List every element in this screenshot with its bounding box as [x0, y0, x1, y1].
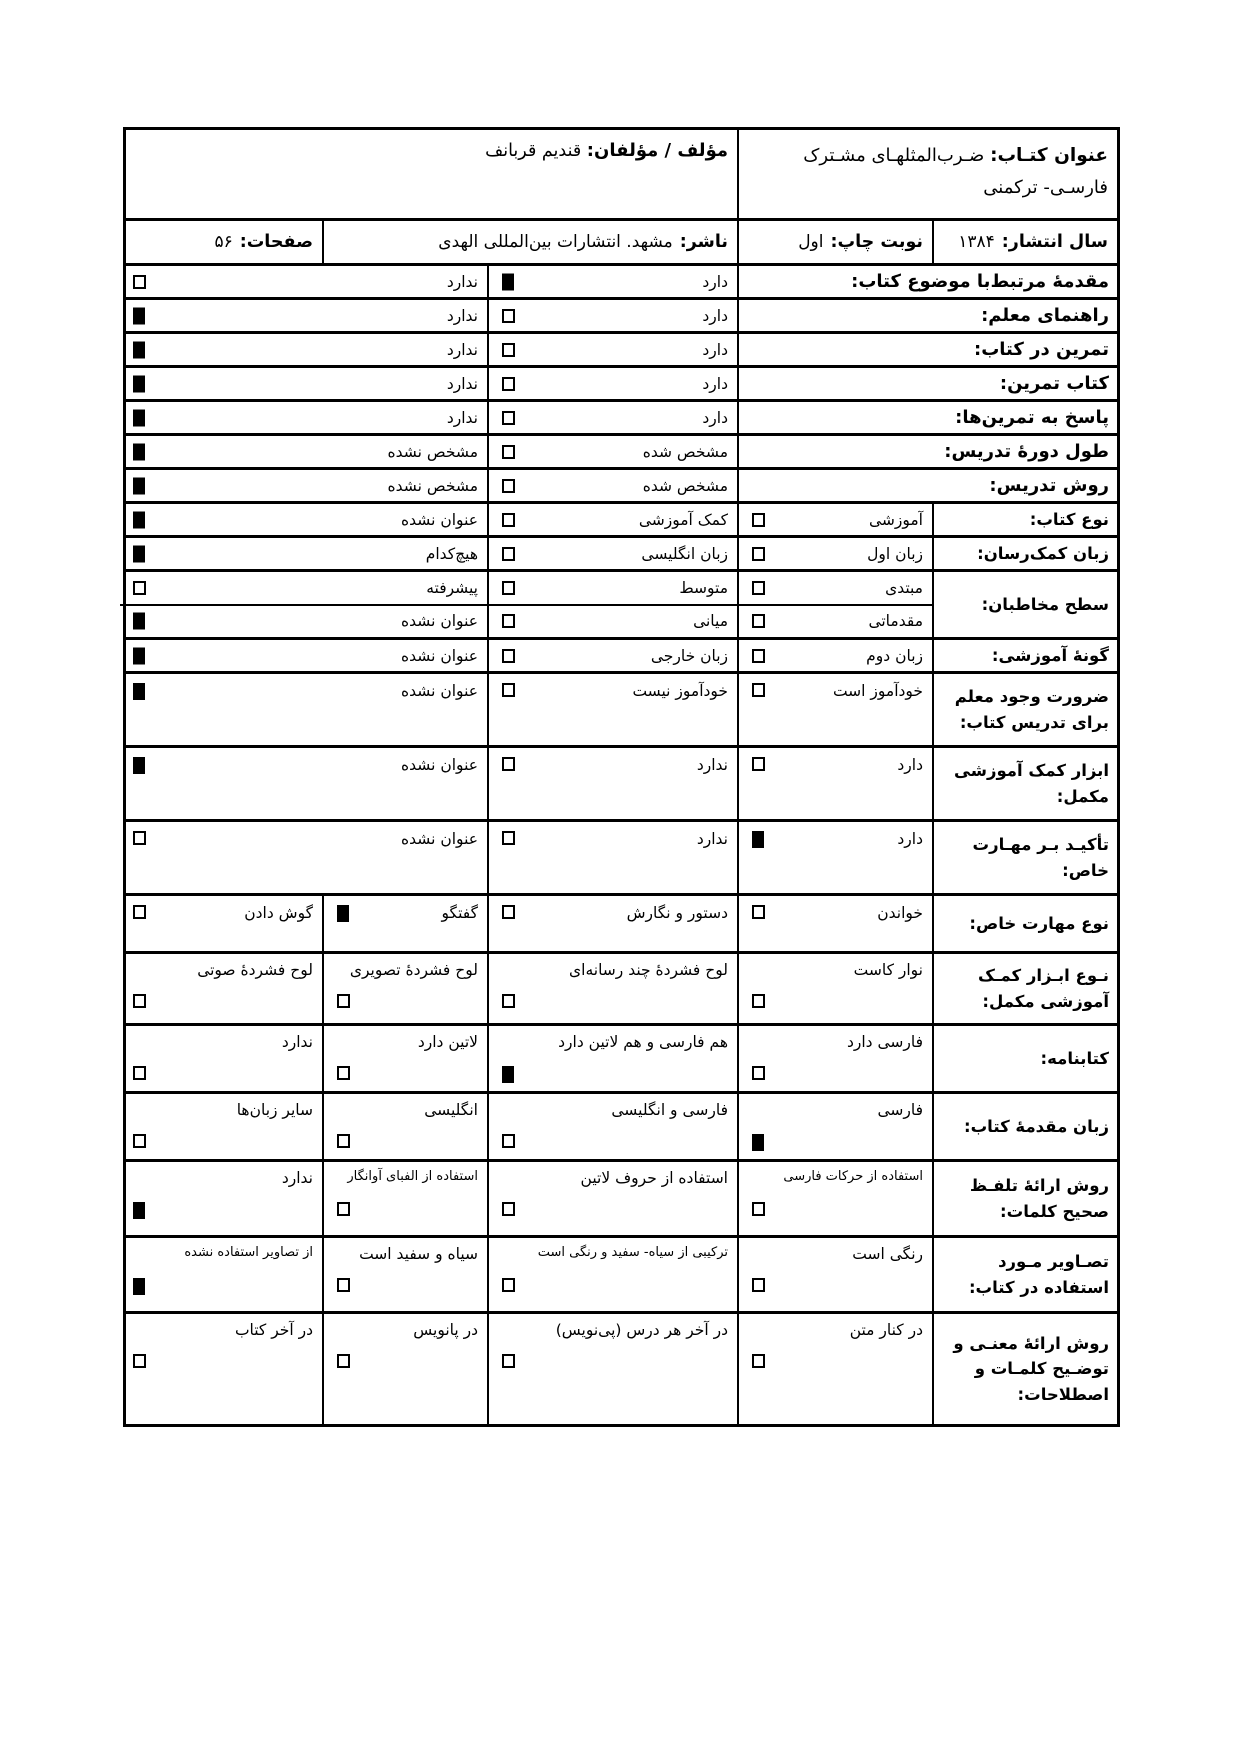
option-cell: گوش دادن	[120, 896, 322, 951]
row-label: نوع مهارت خاص:	[932, 896, 1117, 951]
option-cell: لوح فشردۀ تصویری	[322, 954, 487, 1023]
row-label-text: روش تدریس:	[989, 472, 1109, 500]
option-cell: از تصاویر استفاده نشده	[120, 1238, 322, 1311]
option-cell: انگلیسی	[322, 1094, 487, 1159]
option-cell: ترکیبی از سیاه- سفید و رنگی است	[487, 1238, 737, 1311]
form-row: نـوع ابـزار کمـک آموزشی مکمل:نوار کاستلو…	[126, 954, 1117, 1026]
checkbox-unchecked[interactable]	[502, 581, 515, 595]
checkbox-unchecked[interactable]	[752, 757, 765, 771]
publisher-cell: ناشر: مشهد. انتشارات بین‌المللی الهدی	[322, 221, 737, 263]
option-label: خواندن	[877, 904, 923, 922]
checkbox-unchecked[interactable]	[133, 831, 146, 845]
checkbox-unchecked[interactable]	[752, 994, 765, 1008]
checkbox-unchecked[interactable]	[502, 994, 515, 1008]
checkbox-unchecked[interactable]	[752, 905, 765, 919]
checkbox-checked[interactable]	[133, 757, 145, 774]
option-cell: عنوان نشده	[120, 640, 487, 671]
checkbox-checked[interactable]	[502, 273, 514, 290]
book-title-label: عنوان کتـاب:	[990, 145, 1108, 166]
option-label: ندارد	[447, 341, 478, 359]
header-row-title: عنوان کتـاب: ضـرب‌المثلهـای مشـترک فارسـ…	[126, 130, 1117, 221]
option-label: مشخص شده	[643, 443, 728, 461]
row-label: روش ارائۀ معنـی و توضـیح کلمـات و اصطلاح…	[932, 1314, 1117, 1424]
checkbox-unchecked[interactable]	[337, 994, 350, 1008]
option-label: پیشرفته	[426, 579, 478, 597]
checkbox-unchecked[interactable]	[133, 1134, 146, 1148]
checkbox-unchecked[interactable]	[133, 994, 146, 1008]
option-cell: خودآموز نیست	[487, 674, 737, 745]
checkbox-checked[interactable]	[502, 1066, 514, 1083]
option-label: ندارد	[697, 830, 728, 848]
form-row: روش تدریس:مشخص شدهمشخص نشده	[126, 470, 1117, 504]
option-label: زبان اول	[867, 545, 923, 563]
option-label: استفاده از حرکات فارسی	[783, 1169, 923, 1184]
option-cell: فارسی دارد	[737, 1026, 932, 1091]
checkbox-unchecked[interactable]	[502, 831, 515, 845]
form-row: زبان کمک‌رسان:زبان اولزبان انگلیسیهیچ‌کد…	[126, 538, 1117, 572]
option-label: کمک آموزشی	[639, 511, 728, 529]
checkbox-checked[interactable]	[133, 1202, 145, 1219]
form-row: تصـاویر مـورد استفاده در کتاب:رنگی استتر…	[126, 1238, 1117, 1314]
row-label: زبان مقدمۀ کتاب:	[932, 1094, 1117, 1159]
option-label: زبان انگلیسی	[641, 545, 728, 563]
option-cell: زبان اول	[737, 538, 932, 569]
option-cell: دارد	[487, 300, 737, 331]
option-cell: ندارد	[120, 300, 487, 331]
pages-value: ۵۶	[214, 232, 232, 252]
checkbox-unchecked[interactable]	[502, 343, 515, 357]
option-label: لوح فشردۀ صوتی	[197, 961, 313, 979]
row-label: سطح مخاطبان:	[932, 572, 1117, 637]
option-cell: استفاده از حرکات فارسی	[737, 1162, 932, 1235]
author-label: مؤلف / مؤلفان:	[587, 140, 728, 161]
option-label: دارد	[702, 341, 728, 359]
option-cell: ندارد	[487, 822, 737, 893]
option-label: مبتدی	[885, 579, 923, 597]
option-cell: مشخص شده	[487, 436, 737, 467]
checkbox-checked[interactable]	[133, 647, 145, 664]
row-label: ابزار کمک آموزشی مکمل:	[932, 748, 1117, 819]
checkbox-unchecked[interactable]	[752, 513, 765, 527]
form-row: کتابنامه:فارسی داردهم فارسی و هم لاتین د…	[126, 1026, 1117, 1094]
option-label: ندارد	[447, 375, 478, 393]
checkbox-checked[interactable]	[337, 905, 349, 922]
form-row: کتاب تمرین:داردندارد	[126, 368, 1117, 402]
option-label: ندارد	[447, 273, 478, 291]
option-label: سایر زبان‌ها	[237, 1101, 313, 1119]
row-label: پاسخ به تمرین‌ها:	[737, 402, 1117, 433]
option-label: مقدماتی	[868, 612, 923, 630]
row-label: تصـاویر مـورد استفاده در کتاب:	[932, 1238, 1117, 1311]
checkbox-unchecked[interactable]	[752, 1066, 765, 1080]
option-cell: مقدماتی	[737, 606, 932, 638]
checkbox-checked[interactable]	[133, 341, 145, 358]
option-label: هم فارسی و هم لاتین دارد	[558, 1033, 728, 1051]
form-row: پاسخ به تمرین‌ها:داردندارد	[126, 402, 1117, 436]
option-label: گفتگو	[442, 904, 478, 922]
option-cell: لوح فشردۀ صوتی	[120, 954, 322, 1023]
option-cell: لوح فشردۀ چند رسانه‌ای	[487, 954, 737, 1023]
checkbox-unchecked[interactable]	[502, 411, 515, 425]
option-cell: پیشرفته	[120, 572, 487, 604]
option-cell: زبان دوم	[737, 640, 932, 671]
row-label-text: کتاب تمرین:	[1000, 370, 1109, 398]
edition-label: نوبت چاپ:	[831, 232, 924, 252]
sub-row: مبتدیمتوسطپیشرفته	[120, 572, 932, 606]
option-cell: عنوان نشده	[120, 748, 487, 819]
option-label: در آخر کتاب	[235, 1321, 313, 1339]
checkbox-unchecked[interactable]	[133, 905, 146, 919]
option-cell: نوار کاست	[737, 954, 932, 1023]
option-cell: کمک آموزشی	[487, 504, 737, 535]
option-label: انگلیسی	[424, 1101, 478, 1119]
checkbox-unchecked[interactable]	[752, 1202, 765, 1216]
option-cell: در پانویس	[322, 1314, 487, 1424]
option-label: عنوان نشده	[401, 830, 478, 848]
row-label-text: نوع کتاب:	[1030, 507, 1109, 533]
pages-label: صفحات:	[240, 232, 313, 252]
option-label: عنوان نشده	[401, 647, 478, 665]
row-label: زبان کمک‌رسان:	[932, 538, 1117, 569]
book-catalog-table: عنوان کتـاب: ضـرب‌المثلهـای مشـترک فارسـ…	[123, 127, 1120, 1427]
checkbox-checked[interactable]	[133, 1278, 145, 1295]
checkbox-unchecked[interactable]	[502, 479, 515, 493]
row-label: طول دورۀ تدریس:	[737, 436, 1117, 467]
option-cell: عنوان نشده	[120, 674, 487, 745]
row-label-text: کتابنامه:	[1041, 1046, 1109, 1072]
row-label: گونۀ آموزشی:	[932, 640, 1117, 671]
form-row: روش ارائۀ تلفـظ صحیح کلمات:استفاده از حر…	[126, 1162, 1117, 1238]
checkbox-unchecked[interactable]	[752, 1278, 765, 1292]
year-value: ۱۳۸۴	[958, 232, 995, 252]
option-cell: فارسی	[737, 1094, 932, 1159]
form-row: نوع مهارت خاص:خواندندستور و نگارشگفتگوگو…	[126, 896, 1117, 954]
author-cell: مؤلف / مؤلفان: قندیم قربانف	[120, 130, 737, 218]
checkbox-unchecked[interactable]	[502, 445, 515, 459]
author-value: قندیم قربانف	[485, 141, 581, 161]
checkbox-unchecked[interactable]	[502, 1354, 515, 1368]
option-label: در کنار متن	[850, 1321, 923, 1339]
form-row: تمرین در کتاب:داردندارد	[126, 334, 1117, 368]
option-cell: خواندن	[737, 896, 932, 951]
option-label: در پانویس	[413, 1321, 478, 1339]
option-cell: سایر زبان‌ها	[120, 1094, 322, 1159]
row-label-text: طول دورۀ تدریس:	[944, 438, 1109, 466]
option-label: فارسی	[877, 1101, 923, 1119]
option-label: ندارد	[447, 307, 478, 325]
option-label: دارد	[702, 307, 728, 325]
option-cell: مشخص نشده	[120, 470, 487, 501]
form-row: نوع کتاب:آموزشیکمک آموزشیعنوان نشده	[126, 504, 1117, 538]
option-label: مشخص نشده	[388, 477, 478, 495]
option-label: عنوان نشده	[401, 511, 478, 529]
option-label: ندارد	[282, 1169, 313, 1187]
checkbox-unchecked[interactable]	[502, 309, 515, 323]
option-cell: رنگی است	[737, 1238, 932, 1311]
checkbox-unchecked[interactable]	[502, 614, 515, 628]
option-label: دارد	[702, 273, 728, 291]
option-label: خودآموز است	[833, 682, 923, 700]
option-cell: آموزشی	[737, 504, 932, 535]
checkbox-checked[interactable]	[133, 477, 145, 494]
row-label-text: ابزار کمک آموزشی مکمل:	[938, 758, 1109, 809]
checkbox-unchecked[interactable]	[502, 905, 515, 919]
option-label: دارد	[897, 756, 923, 774]
option-cell: مشخص نشده	[120, 436, 487, 467]
option-cell: ندارد	[120, 266, 487, 297]
option-cell: دارد	[487, 402, 737, 433]
option-label: ترکیبی از سیاه- سفید و رنگی است	[538, 1245, 728, 1260]
option-cell: گفتگو	[322, 896, 487, 951]
checkbox-unchecked[interactable]	[133, 1066, 146, 1080]
pages-cell: صفحات: ۵۶	[120, 221, 322, 263]
option-label: گوش دادن	[244, 904, 313, 922]
option-cell: هیچ‌کدام	[120, 538, 487, 569]
checkbox-unchecked[interactable]	[337, 1202, 350, 1216]
checkbox-unchecked[interactable]	[502, 547, 515, 561]
year-label: سال انتشار:	[1002, 232, 1108, 252]
row-label: نوع کتاب:	[932, 504, 1117, 535]
option-label: در آخر هر درس (پی‌نویس)	[556, 1321, 728, 1339]
checkbox-unchecked[interactable]	[502, 377, 515, 391]
row-label: تأکیـد بـر مهـارت خاص:	[932, 822, 1117, 893]
checkbox-unchecked[interactable]	[752, 547, 765, 561]
option-cell: در آخر کتاب	[120, 1314, 322, 1424]
row-label-text: مقدمۀ مرتبط‌با موضوع کتاب:	[851, 268, 1109, 296]
option-label: لوح فشردۀ چند رسانه‌ای	[569, 961, 728, 979]
option-label: استفاده از حروف لاتین	[581, 1169, 728, 1187]
checkbox-unchecked[interactable]	[337, 1134, 350, 1148]
option-label: نوار کاست	[854, 961, 923, 979]
option-cell: عنوان نشده	[120, 822, 487, 893]
option-cell: استفاده از حروف لاتین	[487, 1162, 737, 1235]
publisher-value: مشهد. انتشارات بین‌المللی الهدی	[438, 232, 672, 252]
row-label-text: پاسخ به تمرین‌ها:	[955, 404, 1109, 432]
option-label: سیاه و سفید است	[359, 1245, 478, 1263]
option-cell: سیاه و سفید است	[322, 1238, 487, 1311]
form-row: زبان مقدمۀ کتاب:فارسیفارسی و انگلیسیانگل…	[126, 1094, 1117, 1162]
row-label-text: تصـاویر مـورد استفاده در کتاب:	[938, 1249, 1109, 1300]
option-cell: متوسط	[487, 572, 737, 604]
row-label-text: نوع مهارت خاص:	[969, 911, 1109, 937]
checkbox-unchecked[interactable]	[752, 1354, 765, 1368]
form-row: روش ارائۀ معنـی و توضـیح کلمـات و اصطلاح…	[126, 1314, 1117, 1424]
option-cell: میانی	[487, 606, 737, 638]
form-row: گونۀ آموزشی:زبان دومزبان خارجیعنوان نشده	[126, 640, 1117, 674]
form-row: راهنمای معلم:داردندارد	[126, 300, 1117, 334]
option-cell: ندارد	[120, 1162, 322, 1235]
document-page: عنوان کتـاب: ضـرب‌المثلهـای مشـترک فارسـ…	[0, 0, 1241, 1755]
row-label-text: زبان مقدمۀ کتاب:	[964, 1114, 1109, 1140]
publication-year-cell: سال انتشار: ۱۳۸۴	[932, 221, 1117, 263]
checkbox-unchecked[interactable]	[502, 513, 515, 527]
option-label: هیچ‌کدام	[426, 545, 478, 563]
option-label: استفاده از الفبای آوانگار	[347, 1169, 478, 1184]
option-cell: دارد	[487, 266, 737, 297]
option-label: دارد	[702, 375, 728, 393]
option-cell: زبان خارجی	[487, 640, 737, 671]
option-cell: عنوان نشده	[120, 606, 487, 638]
option-cell: لاتین دارد	[322, 1026, 487, 1091]
option-label: فارسی دارد	[847, 1033, 923, 1051]
checkbox-unchecked[interactable]	[752, 649, 765, 663]
checkbox-unchecked[interactable]	[502, 1202, 515, 1216]
option-label: زبان دوم	[866, 647, 923, 665]
row-label: ضرورت وجود معلم برای تدریس کتاب:	[932, 674, 1117, 745]
checkbox-unchecked[interactable]	[502, 1134, 515, 1148]
option-label: دارد	[897, 830, 923, 848]
checkbox-unchecked[interactable]	[752, 683, 765, 697]
option-label: از تصاویر استفاده نشده	[184, 1245, 313, 1260]
option-cell: دارد	[487, 368, 737, 399]
row-label-text: زبان کمک‌رسان:	[977, 541, 1109, 567]
option-cell: دارد	[487, 334, 737, 365]
checkbox-unchecked[interactable]	[337, 1066, 350, 1080]
option-label: عنوان نشده	[401, 682, 478, 700]
option-cell: ندارد	[120, 1026, 322, 1091]
option-label: فارسی و انگلیسی	[611, 1101, 728, 1119]
checkbox-unchecked[interactable]	[133, 581, 146, 595]
checkbox-checked[interactable]	[133, 443, 145, 460]
option-cell: مشخص شده	[487, 470, 737, 501]
sub-rows: مبتدیمتوسطپیشرفتهمقدماتیمیانیعنوان نشده	[120, 572, 932, 637]
option-label: دارد	[702, 409, 728, 427]
option-label: لاتین دارد	[418, 1033, 478, 1051]
checkbox-checked[interactable]	[133, 375, 145, 392]
row-label: کتاب تمرین:	[737, 368, 1117, 399]
option-cell: ندارد	[120, 334, 487, 365]
checkbox-unchecked[interactable]	[133, 275, 146, 289]
row-label: نـوع ابـزار کمـک آموزشی مکمل:	[932, 954, 1117, 1023]
row-label-text: روش ارائۀ معنـی و توضـیح کلمـات و اصطلاح…	[938, 1331, 1109, 1408]
option-label: عنوان نشده	[401, 612, 478, 630]
row-label: روش تدریس:	[737, 470, 1117, 501]
option-label: ندارد	[447, 409, 478, 427]
edition-value: اول	[798, 232, 823, 252]
form-row: تأکیـد بـر مهـارت خاص:داردنداردعنوان نشد…	[126, 822, 1117, 896]
row-label-text: سطح مخاطبان:	[982, 592, 1109, 618]
option-label: آموزشی	[869, 511, 923, 529]
option-cell: استفاده از الفبای آوانگار	[322, 1162, 487, 1235]
option-label: خودآموز نیست	[632, 682, 728, 700]
checkbox-checked[interactable]	[752, 1134, 764, 1151]
row-label-text: تمرین در کتاب:	[974, 336, 1109, 364]
checkbox-unchecked[interactable]	[752, 581, 765, 595]
checkbox-checked[interactable]	[752, 831, 764, 848]
checkbox-unchecked[interactable]	[752, 614, 765, 628]
option-label: مشخص شده	[643, 477, 728, 495]
checkbox-unchecked[interactable]	[133, 1354, 146, 1368]
option-cell: ندارد	[487, 748, 737, 819]
option-cell: ندارد	[120, 368, 487, 399]
checkbox-checked[interactable]	[133, 307, 145, 324]
row-label-text: ضرورت وجود معلم برای تدریس کتاب:	[938, 684, 1109, 735]
checkbox-checked[interactable]	[133, 545, 145, 562]
option-label: رنگی است	[852, 1245, 923, 1263]
checkbox-unchecked[interactable]	[502, 649, 515, 663]
row-label: روش ارائۀ تلفـظ صحیح کلمات:	[932, 1162, 1117, 1235]
option-cell: در کنار متن	[737, 1314, 932, 1424]
form-row: مقدمۀ مرتبط‌با موضوع کتاب:داردندارد	[126, 266, 1117, 300]
option-label: زبان خارجی	[651, 647, 728, 665]
option-cell: فارسی و انگلیسی	[487, 1094, 737, 1159]
option-cell: دارد	[737, 822, 932, 893]
option-cell: دارد	[737, 748, 932, 819]
option-label: ندارد	[697, 756, 728, 774]
checkbox-unchecked[interactable]	[337, 1354, 350, 1368]
checkbox-unchecked[interactable]	[502, 683, 515, 697]
row-label-text: روش ارائۀ تلفـظ صحیح کلمات:	[938, 1173, 1109, 1224]
row-label-text: نـوع ابـزار کمـک آموزشی مکمل:	[938, 963, 1109, 1014]
row-label: مقدمۀ مرتبط‌با موضوع کتاب:	[737, 266, 1117, 297]
book-title-cell: عنوان کتـاب: ضـرب‌المثلهـای مشـترک فارسـ…	[737, 130, 1117, 218]
option-cell: زبان انگلیسی	[487, 538, 737, 569]
edition-cell: نوبت چاپ: اول	[737, 221, 932, 263]
option-label: دستور و نگارش	[627, 904, 728, 922]
option-label: متوسط	[679, 579, 728, 597]
row-label-text: راهنمای معلم:	[981, 302, 1109, 330]
checkbox-checked[interactable]	[133, 409, 145, 426]
option-cell: دستور و نگارش	[487, 896, 737, 951]
form-row: ابزار کمک آموزشی مکمل:داردنداردعنوان نشد…	[126, 748, 1117, 822]
checkbox-unchecked[interactable]	[502, 1278, 515, 1292]
option-cell: مبتدی	[737, 572, 932, 604]
checkbox-unchecked[interactable]	[337, 1278, 350, 1292]
publisher-label: ناشر:	[680, 232, 728, 252]
header-row-publication: سال انتشار: ۱۳۸۴ نوبت چاپ: اول ناشر: مشه…	[126, 221, 1117, 266]
option-label: مشخص نشده	[388, 443, 478, 461]
checkbox-checked[interactable]	[133, 683, 145, 700]
option-label: میانی	[693, 612, 728, 630]
option-cell: عنوان نشده	[120, 504, 487, 535]
row-label: تمرین در کتاب:	[737, 334, 1117, 365]
form-row: طول دورۀ تدریس:مشخص شدهمشخص نشده	[126, 436, 1117, 470]
sub-row: مقدماتیمیانیعنوان نشده	[120, 606, 932, 638]
row-label: کتابنامه:	[932, 1026, 1117, 1091]
form-row: سطح مخاطبان:مبتدیمتوسطپیشرفتهمقدماتیمیان…	[126, 572, 1117, 640]
row-label-text: تأکیـد بـر مهـارت خاص:	[938, 832, 1109, 883]
option-cell: در آخر هر درس (پی‌نویس)	[487, 1314, 737, 1424]
form-row: ضرورت وجود معلم برای تدریس کتاب:خودآموز …	[126, 674, 1117, 748]
checkbox-checked[interactable]	[133, 511, 145, 528]
option-cell: هم فارسی و هم لاتین دارد	[487, 1026, 737, 1091]
option-label: لوح فشردۀ تصویری	[350, 961, 478, 979]
row-label: راهنمای معلم:	[737, 300, 1117, 331]
row-label-text: گونۀ آموزشی:	[992, 643, 1109, 669]
checkbox-unchecked[interactable]	[502, 757, 515, 771]
option-label: ندارد	[282, 1033, 313, 1051]
option-cell: ندارد	[120, 402, 487, 433]
checkbox-checked[interactable]	[133, 613, 145, 630]
option-cell: خودآموز است	[737, 674, 932, 745]
option-label: عنوان نشده	[401, 756, 478, 774]
